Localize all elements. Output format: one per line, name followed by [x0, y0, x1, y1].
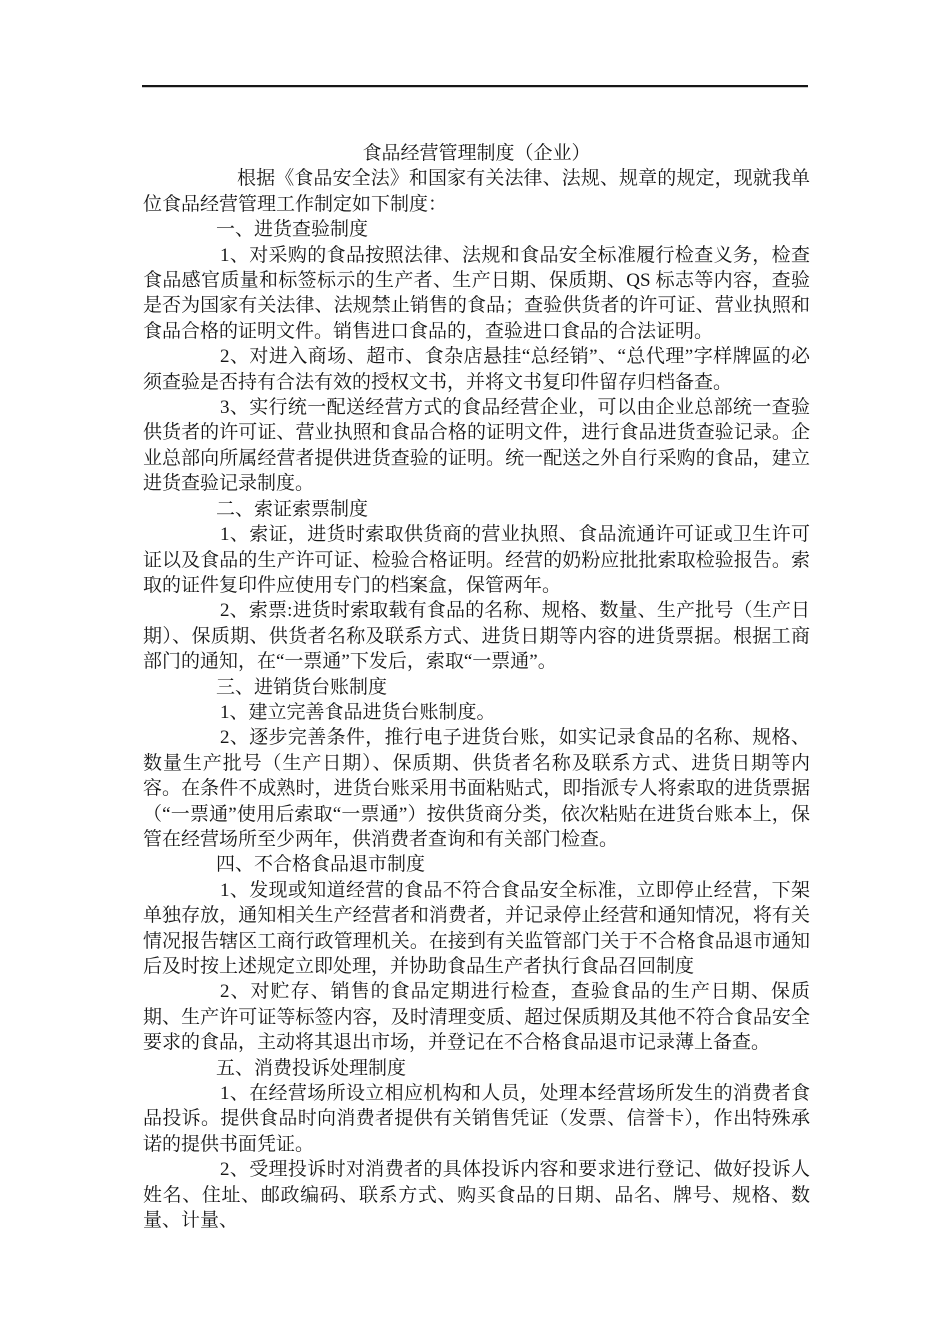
paragraph-heading: 一、进货查验制度 — [143, 217, 810, 242]
document-title: 食品经营管理制度（企业） — [143, 141, 810, 166]
paragraph-list: 根据《食品安全法》和国家有关法律、法规、规章的规定，现就我单位食品经营管理工作制… — [143, 166, 810, 1233]
paragraph-heading: 二、索证索票制度 — [143, 497, 810, 522]
document-content: 食品经营管理制度（企业） 根据《食品安全法》和国家有关法律、法规、规章的规定，现… — [143, 141, 810, 1233]
paragraph-item: 3、实行统一配送经营方式的食品经营企业，可以由企业总部统一查验供货者的许可证、营… — [143, 395, 810, 497]
paragraph-intro: 根据《食品安全法》和国家有关法律、法规、规章的规定，现就我单位食品经营管理工作制… — [143, 166, 810, 217]
paragraph-item: 2、逐步完善条件，推行电子进货台账，如实记录食品的名称、规格、数量生产批号（生产… — [143, 725, 810, 852]
paragraph-item: 1、对采购的食品按照法律、法规和食品安全标准履行检查义务，检查食品感官质量和标签… — [143, 243, 810, 345]
document-page: 食品经营管理制度（企业） 根据《食品安全法》和国家有关法律、法规、规章的规定，现… — [0, 0, 950, 1344]
paragraph-heading: 三、进销货台账制度 — [143, 675, 810, 700]
paragraph-item: 2、对进入商场、超市、食杂店悬挂“总经销”、“总代理”字样牌區的必须查验是否持有… — [143, 344, 810, 395]
paragraph-heading: 五、消费投诉处理制度 — [143, 1056, 810, 1081]
header-rule — [142, 85, 808, 88]
paragraph-heading: 四、不合格食品退市制度 — [143, 852, 810, 877]
paragraph-item: 2、索票:进货时索取载有食品的名称、规格、数量、生产批号（生产日期）、保质期、供… — [143, 598, 810, 674]
paragraph-item: 1、在经营场所设立相应机构和人员，处理本经营场所发生的消费者食品投诉。提供食品时… — [143, 1081, 810, 1157]
paragraph-item: 1、发现或知道经营的食品不符合食品安全标准，立即停止经营，下架单独存放，通知相关… — [143, 878, 810, 980]
paragraph-item: 1、建立完善食品进货台账制度。 — [143, 700, 810, 725]
paragraph-item: 1、索证，进货时索取供货商的营业执照、食品流通许可证或卫生许可证以及食品的生产许… — [143, 522, 810, 598]
paragraph-item: 2、受理投诉时对消费者的具体投诉内容和要求进行登记、做好投诉人姓名、住址、邮政编… — [143, 1157, 810, 1233]
paragraph-item: 2、对贮存、销售的食品定期进行检查，查验食品的生产日期、保质期、生产许可证等标签… — [143, 979, 810, 1055]
